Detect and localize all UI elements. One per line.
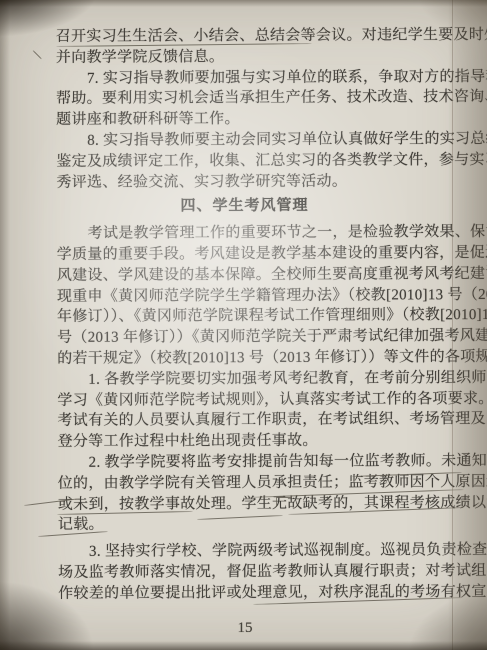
text-line: 2. 教学学院要将监考安排提前告知每一位监考教师。未通知到 [58, 451, 464, 474]
page-number: 15 [57, 620, 433, 637]
text-line: 现重申《黄冈师范学院学生学籍管理办法》（校教[2010]13 号（2017 [57, 285, 463, 308]
text-line: 1. 各教学学院要切实加强考风考纪教育，在考前分别组织师生 [57, 368, 463, 391]
text-line: 学习《黄冈师范学院考试规则》，认真落实考试工作的各项要求。与 [57, 389, 463, 412]
document-text: 召开实习生生活会、小结会、总结会等会议。对违纪学生要及时处理 并向教学学院反馈信… [56, 25, 465, 604]
text-line: 并向教学学院反馈信息。 [56, 46, 462, 69]
text-line: 登分等工作过程中杜绝出现责任事故。 [58, 430, 464, 453]
text-line: 年修订））、《黄冈师范学院课程考试工作管理细则》（校教[2010]13 [57, 305, 463, 328]
text-line: 8. 实习指导教师要主动会同实习单位认真做好学生的实习总结、 [56, 129, 462, 152]
text-line: 鉴定及成绩评定工作，收集、汇总实习的各类教学文件，参与实习优 [56, 150, 462, 173]
text-line: 风建设、学风建设的基本保障。全校师生要高度重视考风考纪建设， [57, 264, 463, 287]
text-line: 秀评选、经验交流、实习教学研究等活动。 [56, 171, 462, 194]
document-page: 召开实习生生活会、小结会、总结会等会议。对违纪学生要及时处理 并向教学学院反馈信… [0, 0, 487, 650]
text-line: 的若干规定》（校教[2010]13 号（2013 年修订））等文件的各项规定： [57, 347, 463, 370]
text-line: 学质量的重要手段。考风建设是教学基本建设的重要内容，是促进教 [57, 243, 463, 266]
text-line: 考试是教学管理工作的重要环节之一，是检验教学效果、保证教 [57, 222, 463, 245]
text-line: 帮助。要利用实习机会适当承担生产任务、技术改造、技术咨询、专 [56, 88, 462, 111]
text-line: 场及监考教师落实情况，督促监考教师认真履行职责；对考试组织工 [58, 561, 464, 584]
text-line: 题讲座和教研科研等工作。 [56, 108, 462, 131]
text-line: 考试有关的人员要认真履行工作职责，在考试组织、考场管理及阅卷 [57, 409, 463, 432]
text-line: 7. 实习指导教师要加强与实习单位的联系，争取对方的指导和 [56, 67, 462, 90]
text-line: 记载。 [58, 513, 464, 536]
text-line: 位的，由教学学院有关管理人员承担责任；监考教师因个人原因迟到 [58, 472, 464, 495]
text-line: 或未到，按教学事故处理。学生无故缺考的，其课程考核成绩以零分 [58, 493, 464, 516]
text-line: 号（2013 年修订））《黄冈师范学院关于严肃考试纪律加强考风建设 [57, 326, 463, 349]
text-line: 召开实习生生活会、小结会、总结会等会议。对违纪学生要及时处理 [56, 25, 462, 48]
text-line: 作较差的单位要提出批评或处理意见，对秩序混乱的考场有权宣布该 [58, 582, 464, 605]
text-line: 3. 坚持实行学校、学院两级考试巡视制度。巡视员负责检查考 [58, 540, 464, 563]
pen-tick-mark [33, 50, 42, 59]
section-heading: 四、学生考风管理 [56, 195, 462, 218]
